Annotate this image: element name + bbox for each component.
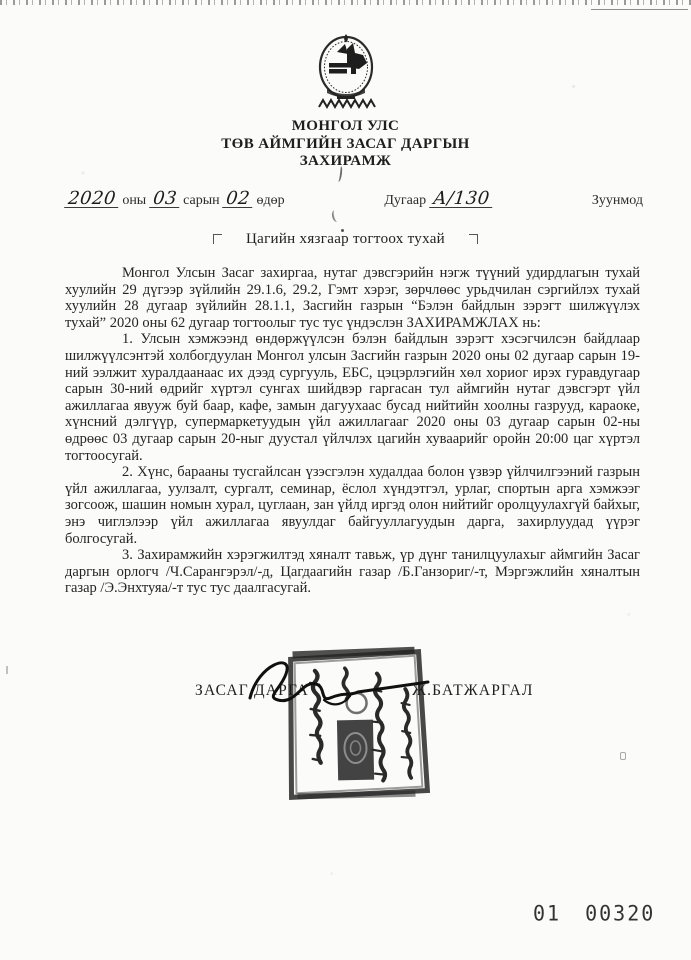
- date-year-label: оны: [122, 193, 146, 208]
- clause-1: 1. Улсын хэмжээнд өндөржүүлсэн бэлэн бай…: [65, 331, 640, 464]
- scan-noise-band: [0, 0, 691, 5]
- handwritten-month: 03: [149, 192, 181, 208]
- mongolia-state-emblem-icon: [307, 28, 385, 110]
- document-type: ЗАХИРАМЖ: [0, 153, 691, 171]
- registry-number: 0100320: [533, 900, 655, 925]
- scan-speck: [6, 666, 8, 674]
- clause-3: 3. Захирамжийн хэрэгжилтэд хяналт тавьж,…: [65, 547, 640, 597]
- date-day-label: өдөр: [257, 193, 285, 208]
- document-number: Дугаар А/130: [285, 192, 592, 209]
- handwritten-number: А/130: [429, 192, 493, 208]
- meta-row: 2020 оны 03 сарын 02 өдөр Дугаар А/130 З…: [65, 192, 643, 209]
- handwritten-day: 02: [222, 192, 254, 208]
- issuer-name: ТӨВ АЙМГИЙН ЗАСАГ ДАРГЫН: [0, 136, 691, 154]
- document-header: МОНГОЛ УЛС ТӨВ АЙМГИЙН ЗАСАГ ДАРГЫН ЗАХИ…: [0, 28, 691, 171]
- corner-mark-right-icon: [469, 234, 478, 244]
- signature-mark-icon: [232, 650, 452, 716]
- preamble-paragraph: Монгол Улсын Засаг захиргаа, нутаг дэвсг…: [65, 265, 640, 331]
- country-name: МОНГОЛ УЛС: [0, 118, 691, 136]
- pen-mark: [331, 209, 342, 223]
- registry-number-part2: 00320: [585, 900, 655, 925]
- document-title: Цагийн хязгаар тогтоох тухай: [246, 231, 445, 247]
- registry-number-part1: 01: [533, 900, 561, 925]
- handwritten-year: 2020: [64, 192, 119, 208]
- corner-mark-left-icon: [213, 234, 222, 244]
- title-row: Цагийн хязгаар тогтоох тухай: [0, 231, 691, 248]
- number-label: Дугаар: [384, 193, 426, 208]
- location: Зуунмод: [592, 193, 643, 209]
- scan-line-artifact: [591, 9, 688, 10]
- scan-speck: [620, 752, 626, 760]
- date-month-label: сарын: [183, 193, 220, 208]
- scanned-decree-page: МОНГОЛ УЛС ТӨВ АЙМГИЙН ЗАСАГ ДАРГЫН ЗАХИ…: [0, 0, 691, 960]
- document-body: Монгол Улсын Засаг захиргаа, нутаг дэвсг…: [65, 265, 640, 597]
- clause-2: 2. Хүнс, барааны тусгайлсан үзэсгэлэн ху…: [65, 464, 640, 547]
- date-line: 2020 оны 03 сарын 02 өдөр: [65, 192, 285, 209]
